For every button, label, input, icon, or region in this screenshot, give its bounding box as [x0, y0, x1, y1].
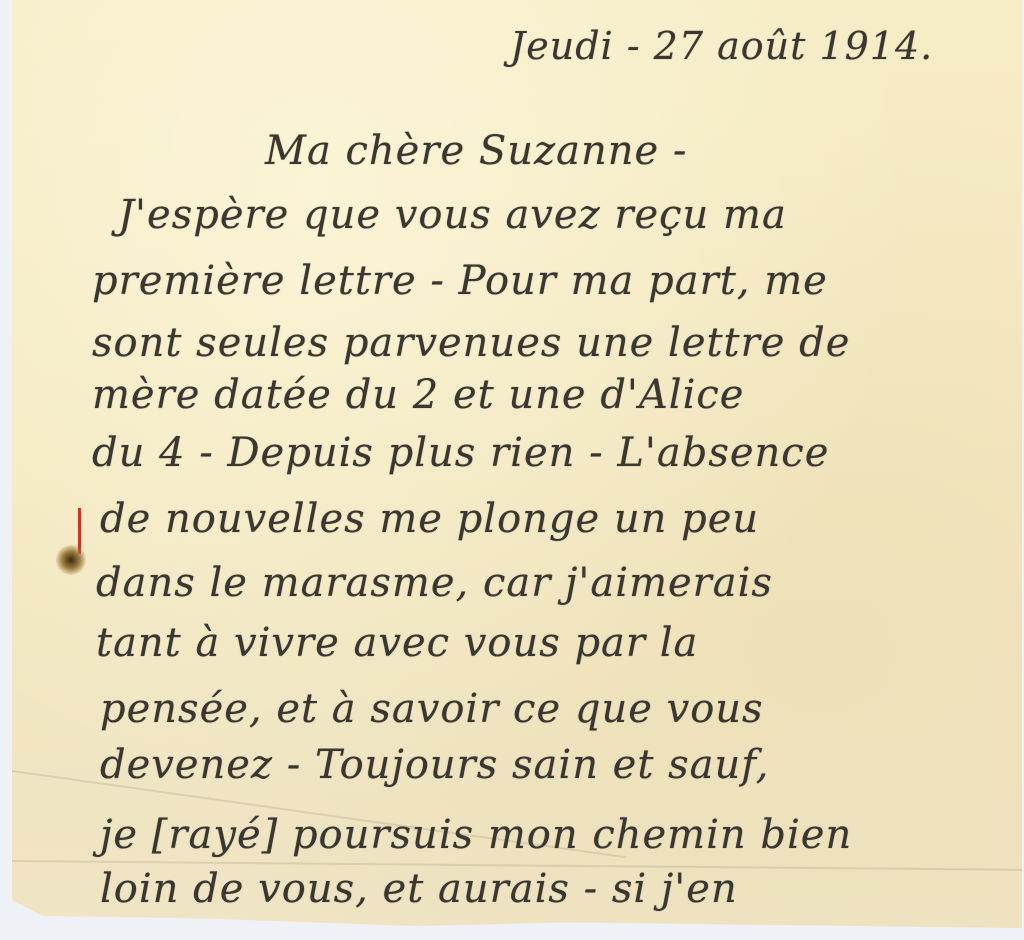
letter-line-1: J'espère que vous avez reçu ma	[118, 192, 787, 238]
letter-line-2: première lettre - Pour ma part, me	[92, 258, 828, 304]
letter-line-4: mère datée du 2 et une d'Alice	[92, 372, 744, 418]
letter-line-6: de nouvelles me plonge un peu	[100, 496, 759, 542]
letter-line-11: je [rayé] poursuis mon chemin bien	[100, 812, 852, 858]
letter-line-12: loin de vous, et aurais - si j'en	[100, 866, 738, 912]
letter-line-9: pensée, et à savoir ce que vous	[100, 686, 764, 732]
letter-line-8: tant à vivre avec vous par la	[96, 620, 698, 666]
ink-stain	[56, 545, 86, 575]
letter-line-5: du 4 - Depuis plus rien - L'absence	[92, 430, 829, 476]
letter-line-3: sont seules parvenues une lettre de	[92, 320, 850, 366]
letter-line-10: devenez - Toujours sain et sauf,	[100, 742, 769, 788]
letter-salutation: Ma chère Suzanne -	[265, 128, 687, 174]
letter-line-7: dans le marasme, car j'aimerais	[96, 560, 773, 606]
letter-date: Jeudi - 27 août 1914.	[510, 24, 933, 68]
